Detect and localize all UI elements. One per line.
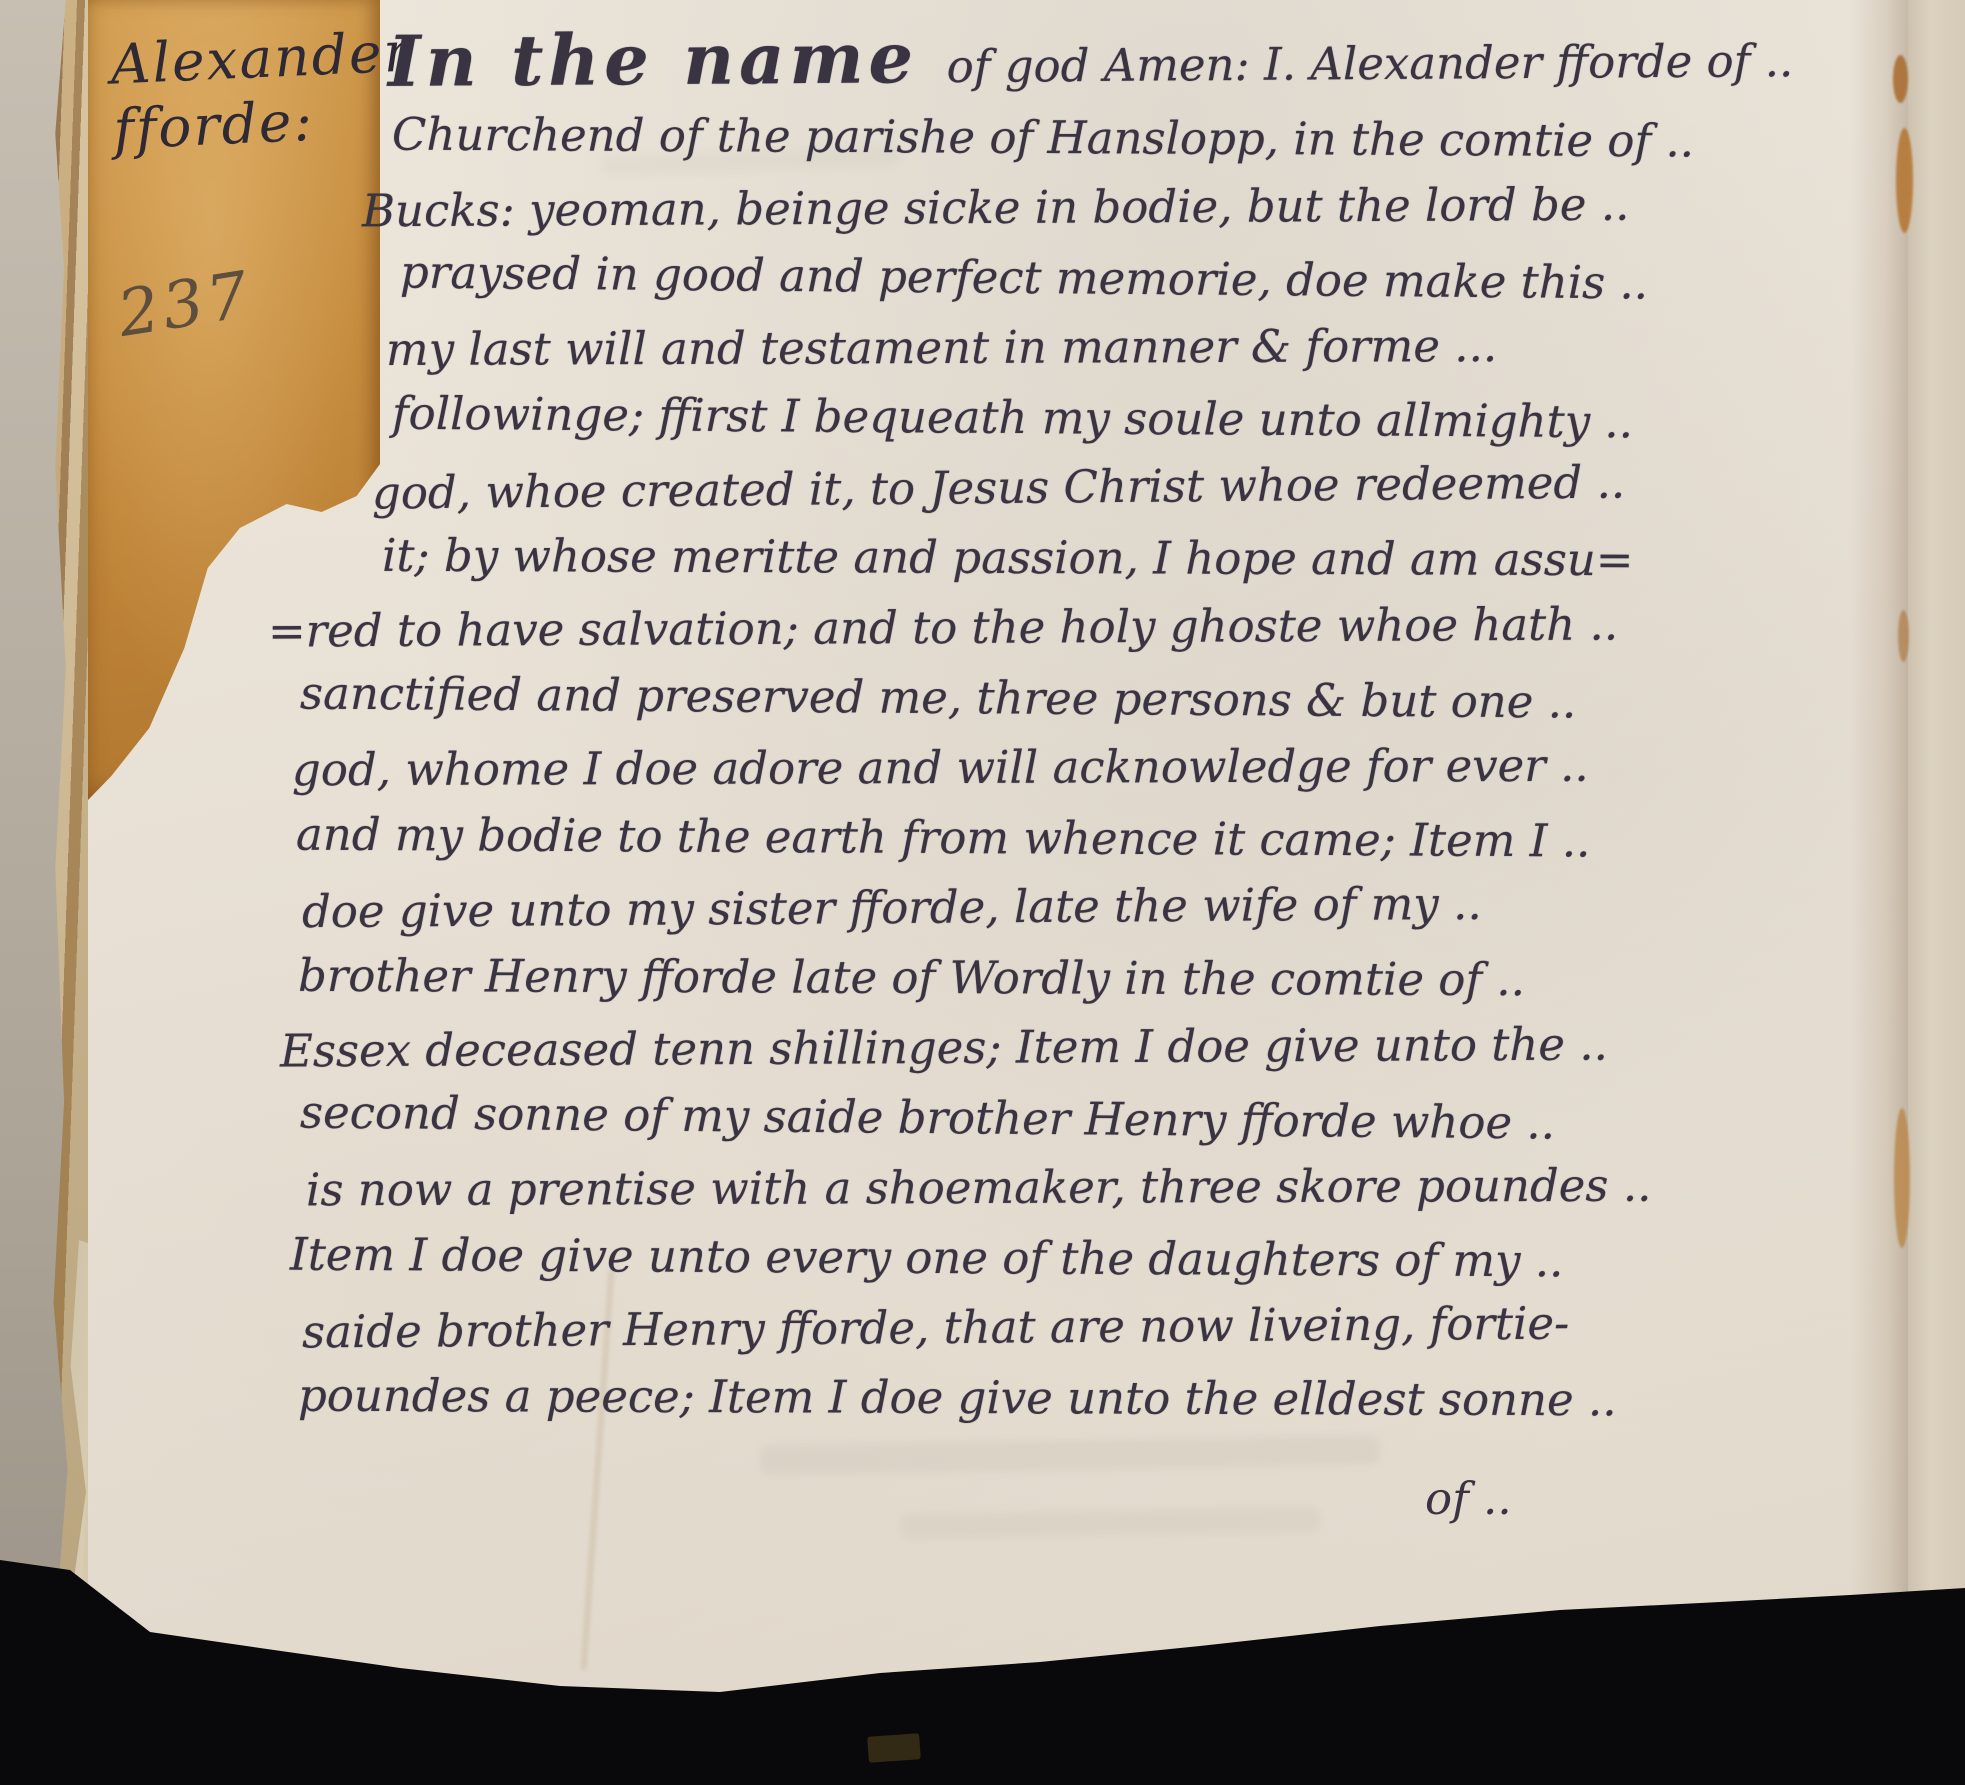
rust-spot — [1893, 55, 1908, 103]
text-line-16: second sonne of my saide brother Henry f… — [300, 1090, 1555, 1146]
text-line-17: is now a prentise with a shoemaker, thre… — [306, 1163, 1652, 1213]
text-line-11: god, whome I doe adore and will acknowle… — [292, 743, 1589, 793]
manuscript-photograph: Alexander fforde: 237 In the name of god… — [0, 0, 1965, 1785]
text-line-13: doe give unto my sister fforde, late the… — [302, 881, 1482, 934]
text-line-2: Churchend of the parishe of Hanslopp, in… — [392, 112, 1694, 164]
catchword: of .. — [1425, 1472, 1512, 1525]
text-line-12: and my bodie to the earth from whence it… — [296, 812, 1591, 864]
text-line-3: Bucks: yeoman, beinge sicke in bodie, bu… — [362, 182, 1630, 234]
margin-annotation: Alexander fforde: — [109, 19, 416, 162]
text-line-5: my last will and testament in manner & f… — [386, 323, 1497, 372]
text-line-15: Essex deceased tenn shillinges; Item I d… — [280, 1022, 1608, 1074]
heading-large: In the name — [388, 16, 919, 103]
underlying-page-sliver — [1908, 0, 1965, 1625]
text-line-19: saide brother Henry fforde, that are now… — [302, 1301, 1570, 1355]
text-line-10: sanctified and preserved me, three perso… — [300, 671, 1577, 725]
text-line-14: brother Henry fforde late of Wordly in t… — [298, 953, 1525, 1002]
rust-spot — [1898, 610, 1909, 662]
text-line-7: god, whoe created it, to Jesus Christ wh… — [372, 460, 1625, 516]
text-line-8: it; by whose meritte and passion, I hope… — [382, 533, 1634, 582]
text-line-4: praysed in good and perfect memorie, doe… — [400, 250, 1648, 306]
text-line-9: =red to have salvation; and to the holy … — [268, 601, 1618, 653]
margin-annotation-line2: fforde: — [112, 84, 416, 162]
margin-annotation-line1: Alexander — [109, 19, 413, 97]
book-clasp-mark — [867, 1733, 921, 1763]
text-line-18: Item I doe give unto every one of the da… — [290, 1232, 1564, 1284]
text-line-6: followinge; ffirst I bequeath my soule u… — [392, 391, 1633, 445]
text-line-20: poundes a peece; Item I doe give unto th… — [298, 1373, 1617, 1423]
rust-spot — [1894, 1108, 1910, 1248]
heading-rest: of god Amen: I. Alexander fforde of .. — [946, 34, 1793, 93]
rust-spot — [1896, 128, 1913, 233]
text-line-1: In the name of god Amen: I. Alexander ff… — [388, 17, 1794, 97]
